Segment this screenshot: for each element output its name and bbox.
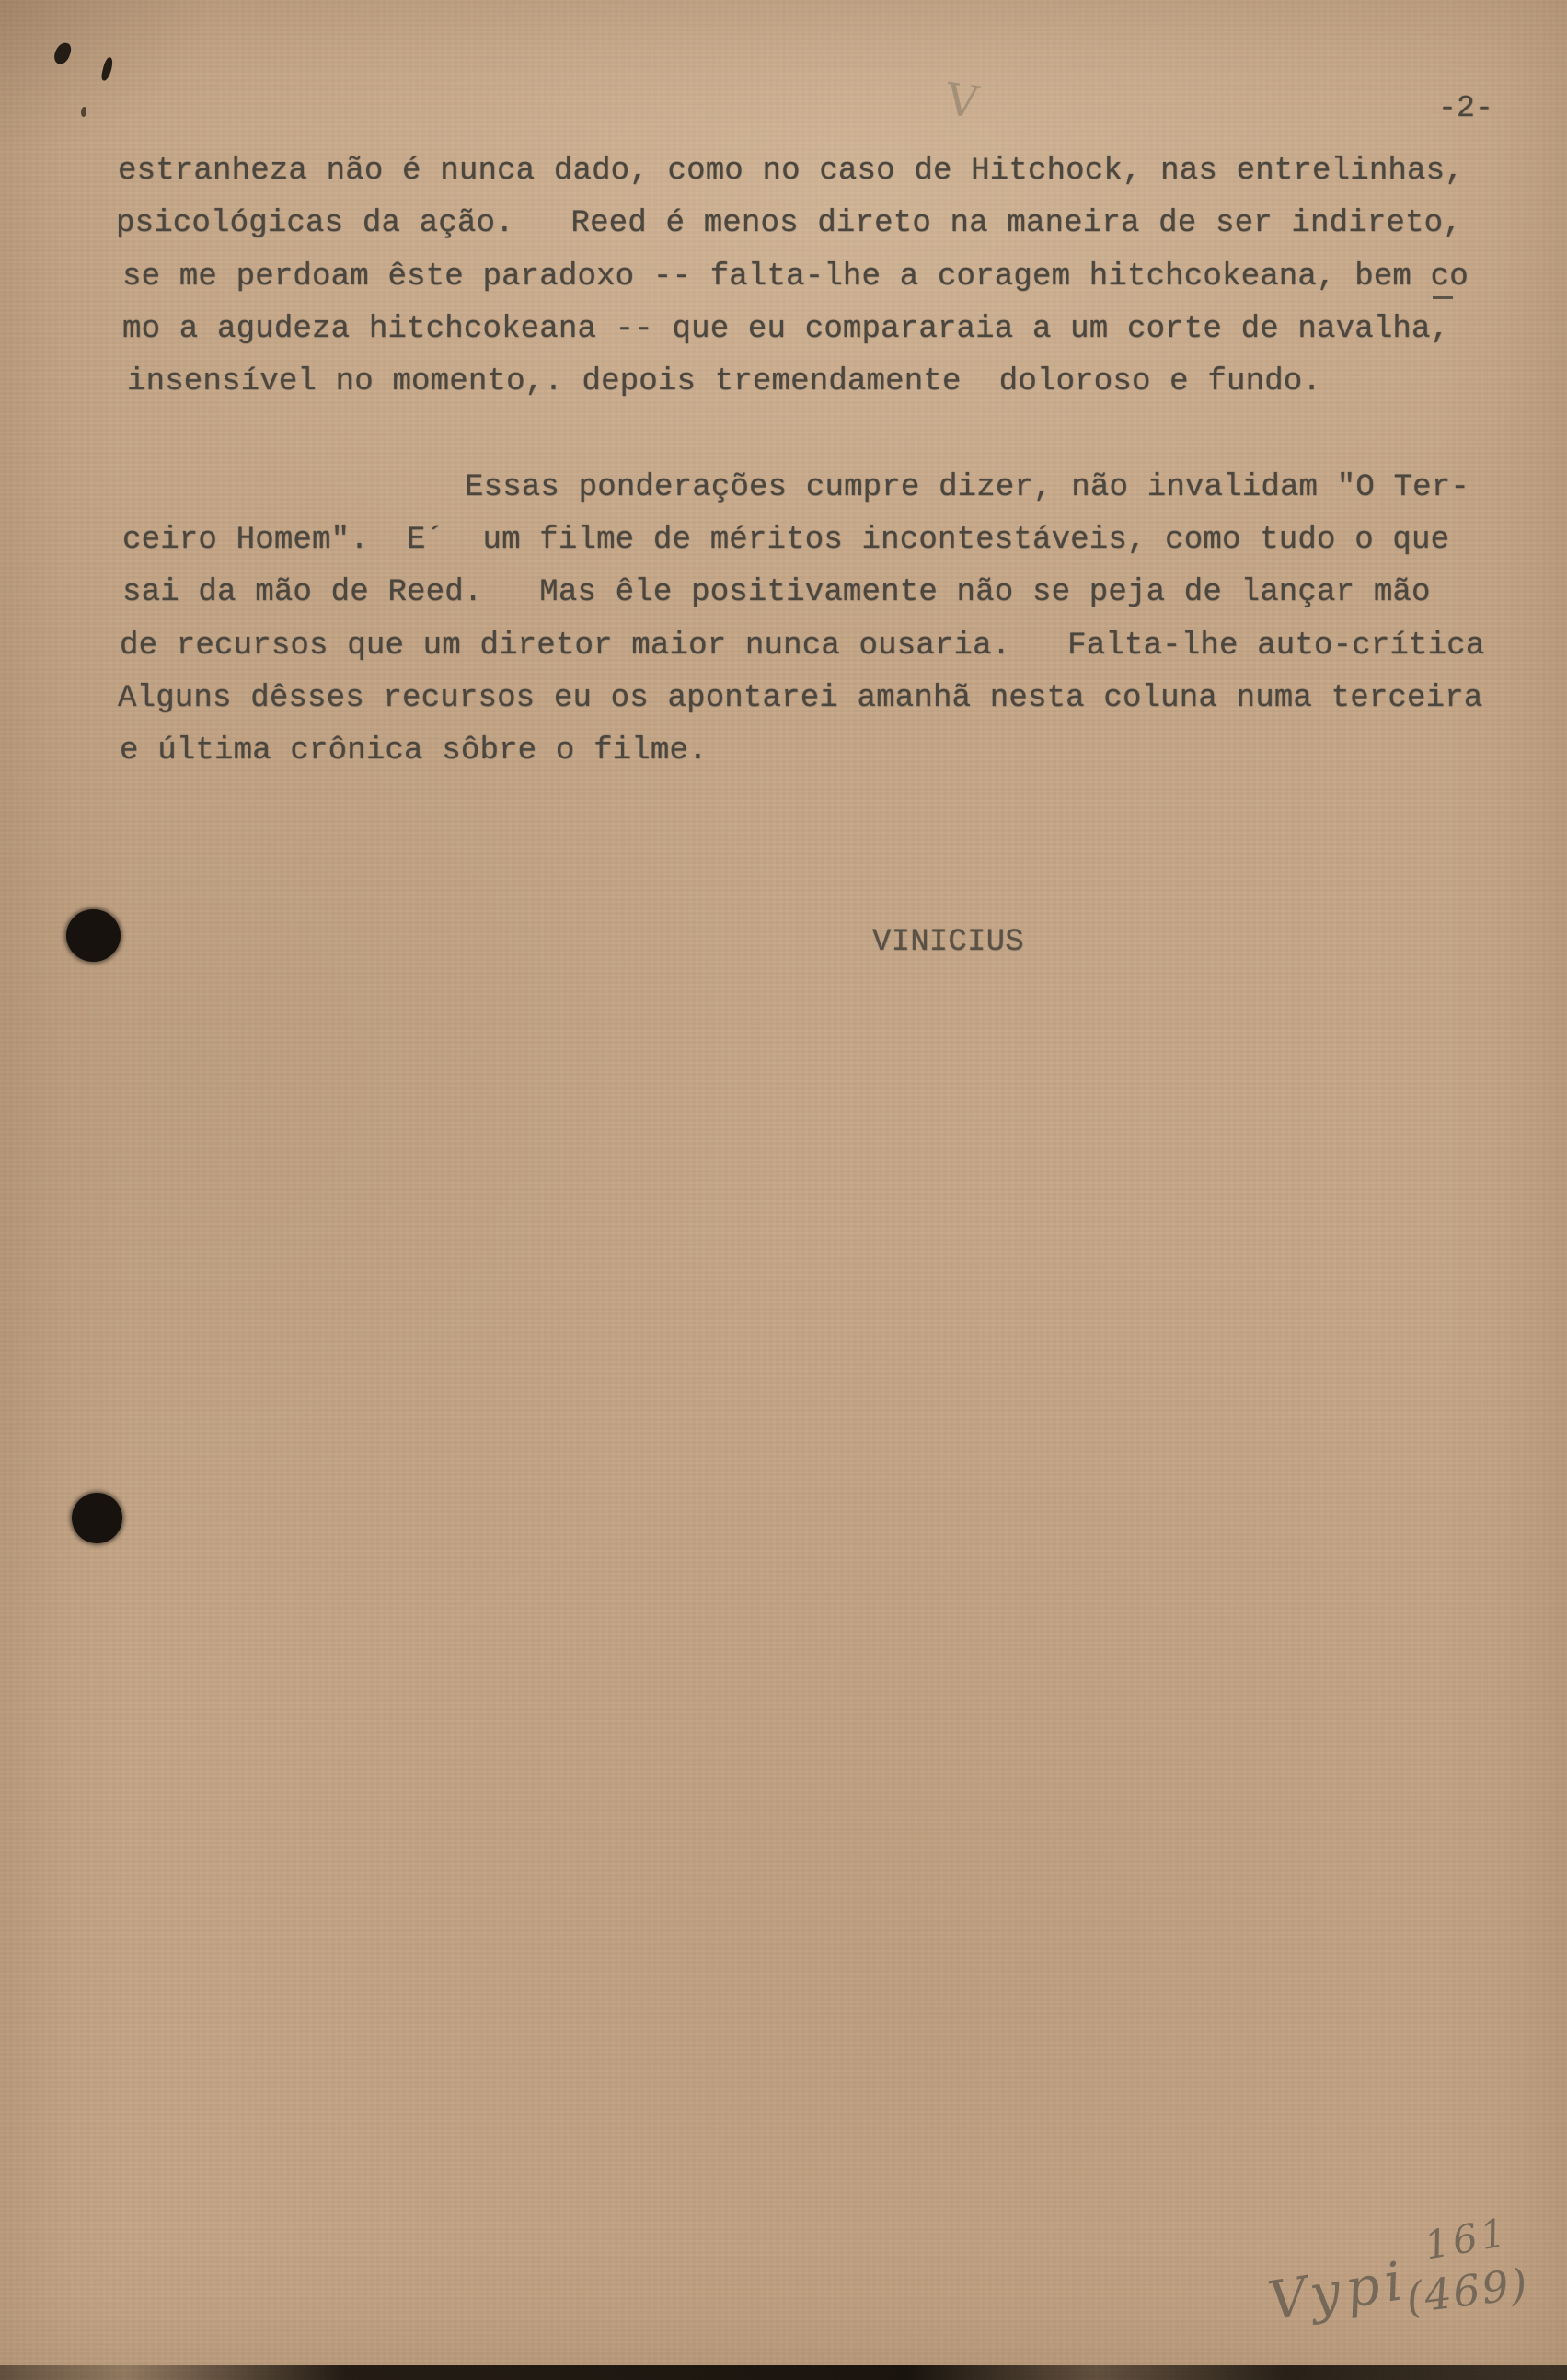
hole-punch-bottom bbox=[72, 1493, 122, 1543]
body-line: psicológicas da ação. Reed é menos diret… bbox=[116, 205, 1462, 242]
body-line: Alguns dêsses recursos eu os apontarei a… bbox=[118, 680, 1482, 717]
body-line: estranheza não é nunca dado, como no cas… bbox=[118, 153, 1464, 190]
hole-punch-top bbox=[66, 909, 121, 962]
pencil-check-mark: V bbox=[942, 74, 981, 129]
body-line: insensível no momento,. depois tremendam… bbox=[127, 364, 1321, 400]
page-number: -2- bbox=[1438, 90, 1493, 127]
body-line: ceiro Homem". E´ um filme de méritos inc… bbox=[122, 522, 1449, 559]
body-line: e última crônica sôbre o filme. bbox=[120, 733, 708, 769]
typed-underline bbox=[1433, 296, 1453, 299]
scan-edge bbox=[0, 2365, 1567, 2380]
body-line: sai da mão de Reed. Mas êle positivament… bbox=[122, 574, 1431, 611]
body-line: mo a agudeza hitchcokeana -- que eu comp… bbox=[122, 311, 1449, 348]
handwritten-number-bottom: (469) bbox=[1403, 2259, 1531, 2323]
body-line: de recursos que um diretor maior nunca o… bbox=[120, 628, 1484, 664]
scanned-typewritten-page: V -2- estranheza não é nunca dado, como … bbox=[0, 0, 1567, 2380]
handwritten-number-top: 161 bbox=[1421, 2209, 1512, 2268]
handwritten-word: Vypi bbox=[1264, 2249, 1412, 2333]
signature: VINICIUS bbox=[872, 924, 1024, 961]
body-line: Essas ponderações cumpre dizer, não inva… bbox=[465, 469, 1469, 506]
body-line: se me perdoam êste paradoxo -- falta-lhe… bbox=[122, 259, 1469, 295]
